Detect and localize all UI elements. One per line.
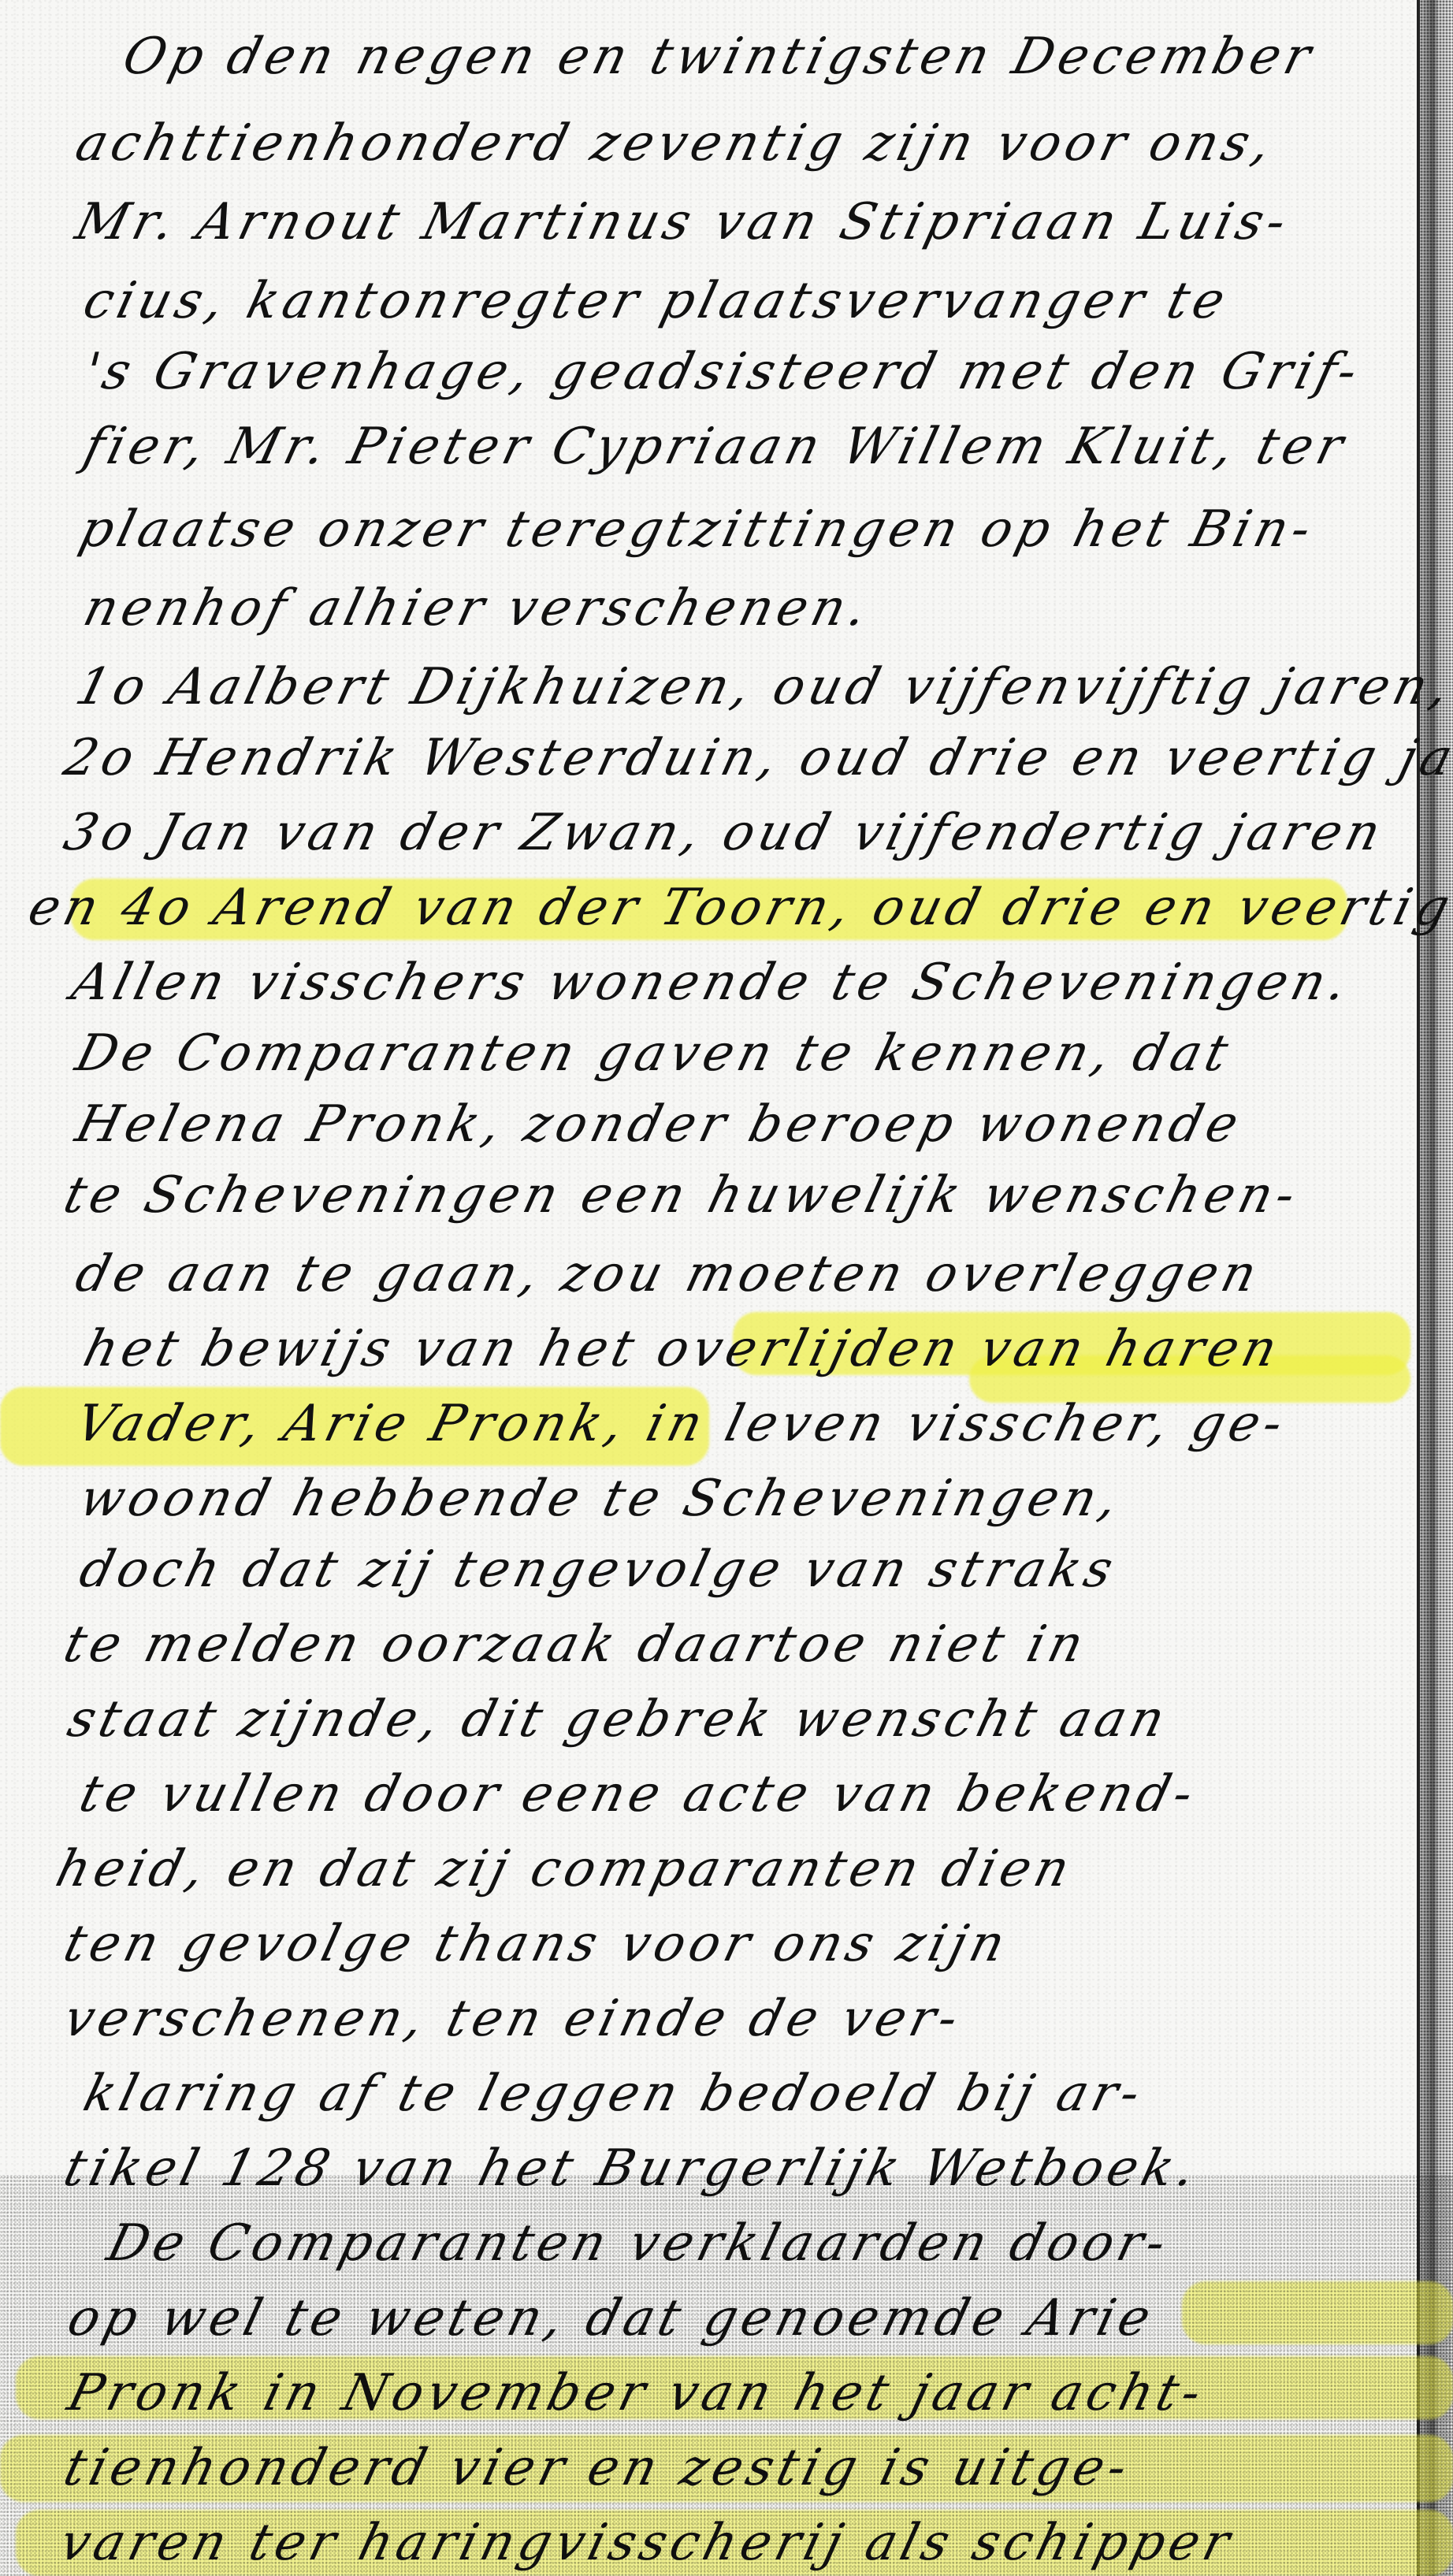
deed-line-20: woond hebbende te Scheveningen,	[75, 1474, 1453, 1524]
deed-line-5: 's Gravenhage, geadsisteerd met den Grif…	[79, 347, 1453, 397]
deed-line-7: plaatse onzer teregtzittingen op het Bin…	[75, 504, 1453, 555]
deed-line-19: Vader, Arie Pronk, in leven visscher, ge…	[71, 1399, 1453, 1449]
deed-line-33: tienhonderd vier en zestig is uitge-	[59, 2443, 1453, 2493]
deed-line-4: cius, kantonregter plaatsvervanger te	[79, 276, 1453, 326]
deed-line-12: en 4o Arend van der Toorn, oud drie en v…	[24, 883, 1453, 933]
scanned-page: Op den negen en twintigsten December ach…	[0, 0, 1453, 2576]
deed-line-21: doch dat zij tengevolge van straks	[75, 1544, 1453, 1595]
deed-line-32: Pronk in November van het jaar acht-	[63, 2368, 1453, 2418]
deed-line-23: staat zijnde, dit gebrek wenscht aan	[63, 1694, 1453, 1745]
deed-line-18: het bewijs van het overlijden van haren	[79, 1324, 1453, 1374]
deed-line-26: ten gevolge thans voor ons zijn	[59, 1919, 1453, 1969]
deed-line-1: Op den negen en twintigsten December	[118, 32, 1453, 82]
deed-line-9: 1o Aalbert Dijkhuizen, oud vijfenvijftig…	[71, 662, 1453, 712]
deed-line-8: nenhof alhier verschenen.	[79, 583, 1453, 634]
deed-line-11: 3o Jan van der Zwan, oud vijfendertig ja…	[59, 808, 1453, 858]
deed-line-22: te melden oorzaak daartoe niet in	[59, 1619, 1453, 1670]
deed-line-15: Helena Pronk, zonder beroep wonende	[71, 1099, 1453, 1150]
deed-line-6: fier, Mr. Pieter Cypriaan Willem Kluit, …	[79, 422, 1453, 472]
deed-line-34: varen ter haringvisscherij als schipper	[55, 2518, 1453, 2568]
deed-line-2: achttienhonderd zeventig zijn voor ons,	[71, 118, 1453, 169]
deed-line-16: te Scheveningen een huwelijk wenschen-	[59, 1170, 1453, 1221]
deed-line-31: op wel te weten, dat genoemde Arie	[63, 2293, 1453, 2344]
deed-line-27: verschenen, ten einde de ver-	[59, 1994, 1453, 2044]
deed-line-28: klaring af te leggen bedoeld bij ar-	[79, 2069, 1453, 2119]
deed-line-13: Allen visschers wonende te Scheveningen.	[67, 957, 1453, 1008]
deed-line-30: De Comparanten verklaarden door-	[102, 2218, 1453, 2269]
deed-line-29: tikel 128 van het Burgerlijk Wetboek.	[59, 2143, 1453, 2194]
deed-line-3: Mr. Arnout Martinus van Stipriaan Luis-	[71, 197, 1453, 247]
deed-line-25: heid, en dat zij comparanten dien	[51, 1844, 1453, 1894]
deed-line-10: 2o Hendrik Westerduin, oud drie en veert…	[59, 733, 1453, 783]
deed-line-24: te vullen door eene acte van bekend-	[75, 1769, 1453, 1820]
deed-line-17: de aan te gaan, zou moeten overleggen	[71, 1249, 1453, 1299]
deed-line-14: De Comparanten gaven te kennen, dat	[71, 1028, 1453, 1079]
